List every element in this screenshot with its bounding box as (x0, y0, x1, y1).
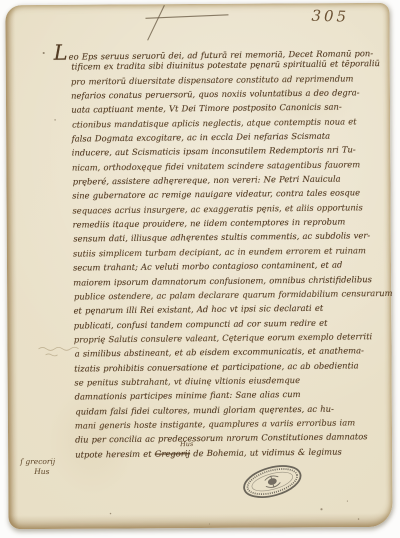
manuscript-text-block: Leo Eps seruus seruorū dei, ad futurā re… (71, 42, 376, 461)
stamp-emblem (263, 474, 281, 490)
manuscript-line: nefarios conatus peruersorū, quos noxiis… (71, 85, 371, 103)
manuscript-line: sensum dati, illiusque adhęrentes stulti… (73, 229, 373, 247)
parchment-stain (236, 63, 356, 134)
margin-note-line: ſ grecorij (20, 457, 55, 467)
manuscript-line: tizatis prohibitis conuersatione et part… (74, 358, 374, 376)
manuscript-line: uata captiuant mente, Vt Dei Timore post… (71, 100, 371, 118)
manuscript-line: nicam, orthodoxęque fidei vnitatem scind… (72, 157, 372, 175)
last-line-suffix: de Bohemia, ut vidimus & legimus (190, 446, 342, 458)
manuscript-line: proprię Salutis consulere valeant, Cęter… (74, 329, 374, 347)
manuscript-line: sine gubernatore ac remige nauigare vide… (72, 186, 372, 204)
parchment-stain (48, 384, 139, 495)
margin-note: ſ grecorij Hus (20, 457, 55, 476)
manuscript-line: publice ostendere, ac palam declarare qu… (74, 286, 374, 304)
manuscript-last-line: utpote heresim et Gregorij de Bohemia, u… (75, 444, 375, 462)
photograph-background: 305 Leo Eps seruus seruorū dei, ad futur… (0, 0, 400, 538)
struck-out-word: Gregorij (155, 448, 190, 458)
manuscript-line: damnationis participes minime fiant: San… (74, 386, 374, 404)
manuscript-line: pro meritorū diuersitate dispensatore co… (71, 71, 371, 89)
oval-archive-stamp-icon (237, 456, 308, 508)
manuscript-line: sequaces acrius insurgere, ac exaggerati… (72, 200, 372, 218)
last-line-prefix: utpote heresim et (75, 448, 155, 459)
manuscript-line: sutiis simplicem turbam decipiant, ac in… (73, 243, 373, 261)
manuscript-line: maiorem ipsorum damnatorum confusionem, … (73, 272, 373, 290)
manuscript-line: et pęnarum illi Rei existant, Ad hoc vt … (73, 300, 373, 318)
manuscript-line: Leo Eps seruus seruorū dei, ad futurā re… (54, 42, 371, 60)
manuscript-line: publicati, confusi tandem compuncti ad c… (74, 315, 374, 333)
manuscript-line: se penitus subtrahant, vt diuinę vltioni… (74, 372, 374, 390)
manuscript-line: tificem ex tradita sibi diuinitus potest… (71, 57, 371, 75)
manuscript-line: remediis itaque prouidere, ne iidem cont… (73, 214, 373, 232)
folio-number: 305 (311, 7, 349, 26)
manuscript-page: 305 Leo Eps seruus seruorū dei, ad futur… (5, 3, 392, 529)
manuscript-line: diu per concilia ac predecessorum nrorum… (75, 429, 375, 447)
interlinear-correction: Hus (180, 440, 193, 448)
margin-note-faint-illegible (37, 343, 83, 359)
manuscript-line: falsa Dogmata excogitare, ac in eccla De… (72, 128, 372, 146)
manuscript-line: inducere, aut Scismaticis ipsam inconsut… (72, 143, 372, 161)
manuscript-line: pręberé, assistere adhęrereque, non vere… (73, 171, 373, 189)
ink-specks (5, 5, 7, 7)
invocation-cross-icon (133, 4, 233, 47)
manuscript-line: ctionibus mandatisque aplicis neglectis,… (72, 114, 372, 132)
manuscript-line: a similibus abstineant, et ab eisdem exc… (75, 343, 375, 361)
manuscript-line: mani generis hoste instigante, quamplure… (75, 415, 375, 433)
manuscript-line: quidam falsi fidei cultores, mundi glori… (75, 401, 375, 419)
manuscript-line: secum trahant; Ac veluti morbo contagios… (73, 257, 373, 275)
margin-note-line: Hus (34, 466, 55, 476)
